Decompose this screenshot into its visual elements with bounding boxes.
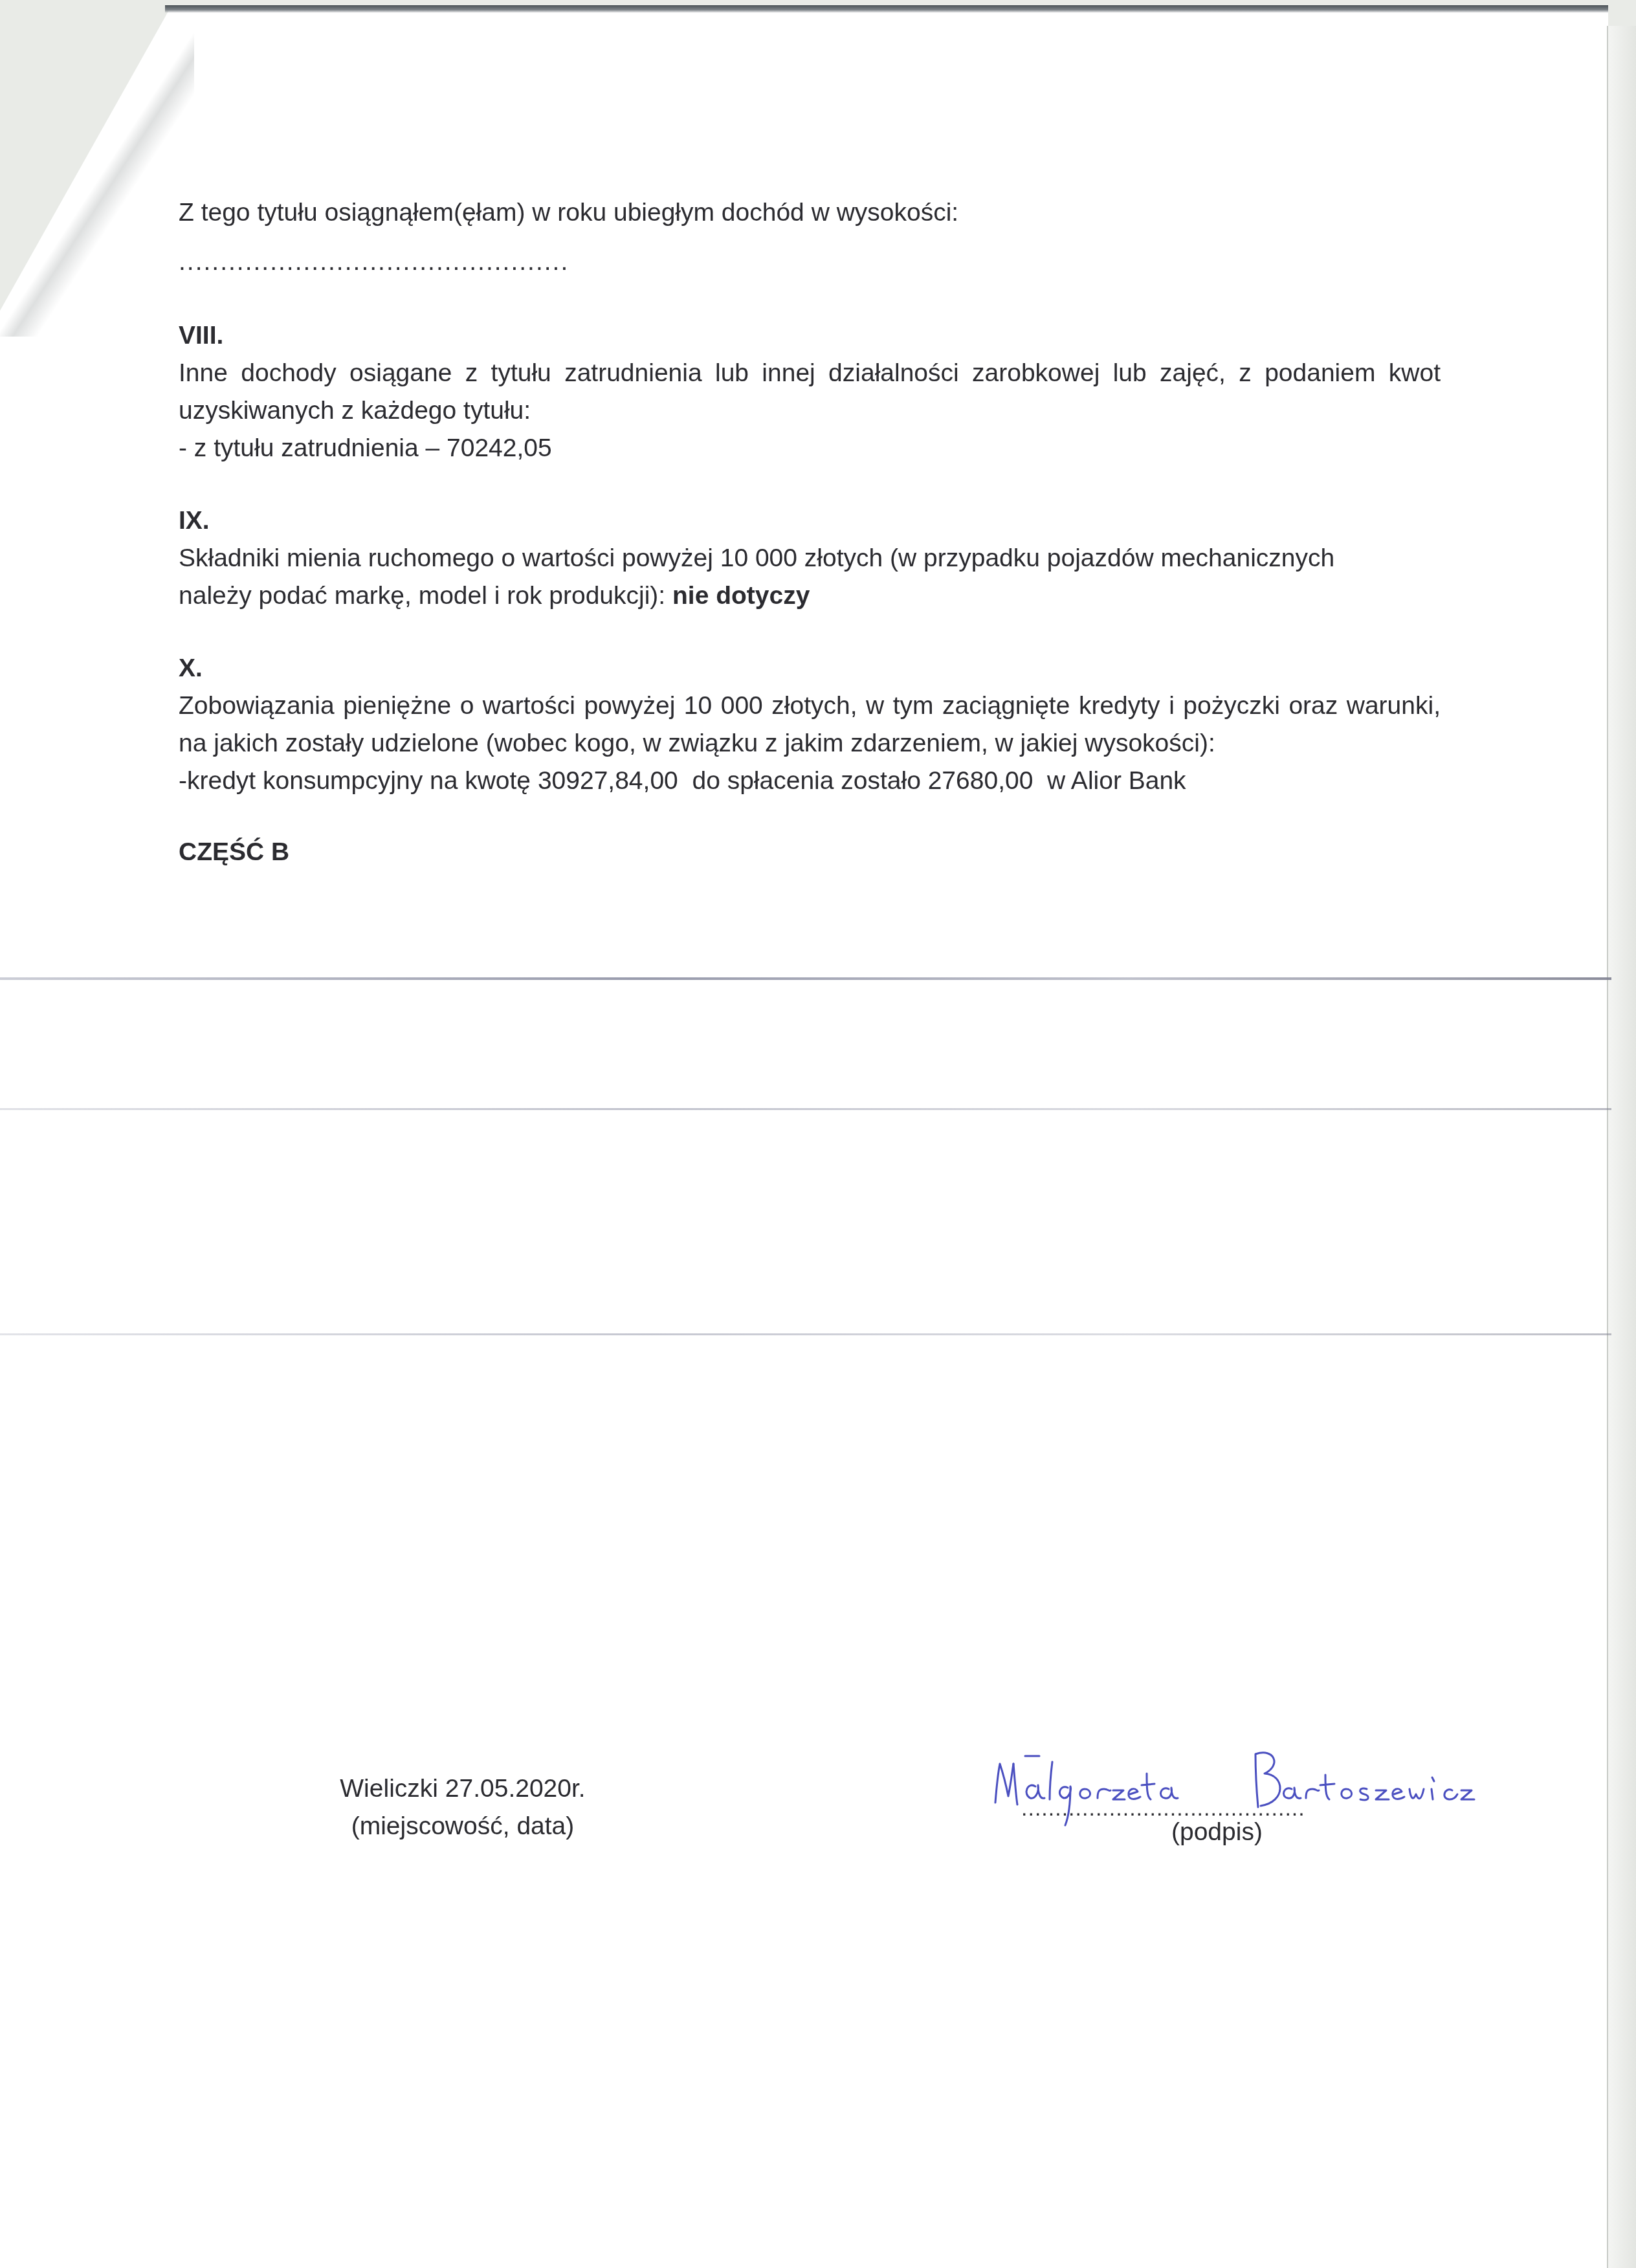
section-number: IX. xyxy=(179,502,1441,540)
section-number: VIII. xyxy=(179,317,1441,355)
place-date-label: (miejscowość, data) xyxy=(311,1808,615,1845)
section-entry: -kredyt konsumpcyjny na kwotę 30927,84,0… xyxy=(179,762,1441,800)
section-text: Inne dochody osiągane z tytułu zatrudnie… xyxy=(179,355,1441,430)
section-text: Składniki mienia ruchomego o wartości po… xyxy=(179,540,1441,577)
section-entry: należy podać markę, model i rok produkcj… xyxy=(179,577,1441,615)
folded-corner xyxy=(0,0,194,337)
signature-block: ........................................… xyxy=(971,1735,1553,1864)
place-date-block: Wieliczki 27.05.2020r. (miejscowość, dat… xyxy=(311,1770,615,1845)
section-ix: IX. Składniki mienia ruchomego o wartośc… xyxy=(179,502,1441,615)
income-blank-line: ........................................… xyxy=(179,243,1441,281)
section-question: należy podać markę, model i rok produkcj… xyxy=(179,582,672,610)
part-b-heading: CZĘŚĆ B xyxy=(179,834,1441,871)
paper-crease xyxy=(0,977,1611,980)
place-date: Wieliczki 27.05.2020r. xyxy=(311,1770,615,1808)
section-text: Zobowiązania pieniężne o wartości powyże… xyxy=(179,687,1441,762)
paper-crease xyxy=(0,1333,1611,1335)
section-entry: - z tytułu zatrudnienia – 70242,05 xyxy=(179,430,1441,467)
section-answer: nie dotyczy xyxy=(672,582,810,610)
page-right-edge xyxy=(1607,26,1636,2268)
declaration-body: Z tego tytułu osiągnąłem(ęłam) w roku ub… xyxy=(179,194,1441,871)
section-number: X. xyxy=(179,650,1441,687)
paper-crease xyxy=(0,1108,1611,1110)
income-intro: Z tego tytułu osiągnąłem(ęłam) w roku ub… xyxy=(179,194,1441,232)
signature-label: (podpis) xyxy=(1171,1814,1263,1851)
section-viii: VIII. Inne dochody osiągane z tytułu zat… xyxy=(179,317,1441,467)
section-x: X. Zobowiązania pieniężne o wartości pow… xyxy=(179,650,1441,800)
page-top-edge xyxy=(165,5,1608,13)
